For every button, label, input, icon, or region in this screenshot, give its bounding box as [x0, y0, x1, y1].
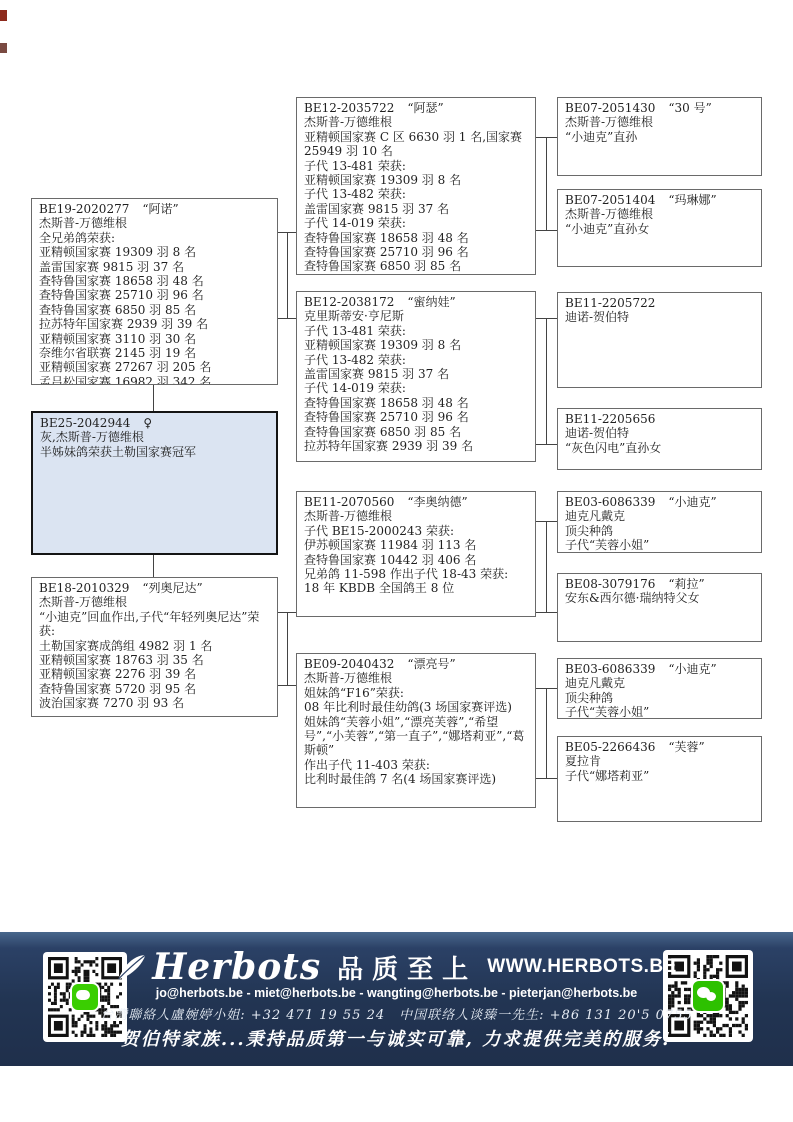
sex-symbol: ♀ [143, 416, 152, 430]
website-url: WWW.HERBOTS.BE [487, 956, 677, 978]
connector-line [153, 555, 154, 577]
box-details: 灰,杰斯普-万德维根 半姊妹鸽荣获土勒国家赛冠军 [40, 430, 269, 459]
ring-number: BE25-2042944♀ [40, 416, 269, 430]
pedigree-box-dd-sire: BE03-6086339“小迪克” 迪克凡戴克 顶尖种鸽 子代“芙蓉小姐” [557, 658, 762, 719]
ring-number: BE08-3079176“莉拉” [565, 577, 754, 591]
ring-number: BE07-2051430“30 号” [565, 101, 754, 115]
connector-line [287, 232, 288, 319]
box-details: 杰斯普-万德维根 “小迪克”回血作出,子代“年轻列奥尼达”荣获: 土勒国家赛成鸽… [39, 595, 270, 710]
pedigree-box-dam-dam: BE09-2040432“漂亮号” 杰斯普-万德维根 姐妹鸽“F16”荣获: 0… [296, 653, 536, 808]
contact-emails: jo@herbots.be - miet@herbots.be - wangti… [0, 986, 793, 1000]
pigeon-name: “李奥纳德” [407, 495, 467, 509]
pigeon-name: “漂亮号” [407, 657, 455, 671]
pedigree-box-sd-sire: BE11-2205722 迪诺-贺伯特 [557, 292, 762, 388]
ring-number: BE12-2038172“蜜纳娃” [304, 295, 528, 309]
herbots-logo: Herbots 品质至上 WWW.HERBOTS.BE [0, 946, 793, 988]
box-details: 杰斯普-万德维根 姐妹鸽“F16”荣获: 08 年比利时最佳幼鸽(3 场国家赛评… [304, 671, 528, 786]
pedigree-box-ss-sire: BE07-2051430“30 号” 杰斯普-万德维根 “小迪克”直孙 [557, 97, 762, 176]
contact-phones: 台灣聯絡人盧婉婷小姐: +32 471 19 55 24 中国联络人谈臻一先生:… [0, 1004, 793, 1023]
ring-number: BE18-2010329“列奥尼达” [39, 581, 270, 595]
pedigree-box-subject: BE25-2042944♀ 灰,杰斯普-万德维根 半姊妹鸽荣获土勒国家赛冠军 [31, 411, 278, 555]
box-details: 迪克凡戴克 顶尖种鸽 子代“芙蓉小姐” [565, 676, 754, 719]
box-details: 杰斯普-万德维根 全兄弟鸽荣获: 亚精顿国家赛 19309 羽 8 名 盖雷国家… [39, 216, 270, 385]
box-details: 杰斯普-万德维根 亚精顿国家赛 C 区 6630 羽 1 名,国家赛 25949… [304, 115, 528, 273]
connector-line [546, 137, 547, 231]
box-details: 夏拉肯 子代“娜塔莉亚” [565, 754, 754, 783]
ring-number: BE03-6086339“小迪克” [565, 662, 754, 676]
ring-number: BE12-2035722“阿瑟” [304, 101, 528, 115]
connector-line [287, 612, 288, 686]
pedigree-page: BE19-2020277“阿诺” 杰斯普-万德维根 全兄弟鸽荣获: 亚精顿国家赛… [0, 0, 793, 1122]
brand-tagline: 品质至上 [337, 949, 477, 986]
ring-number: BE03-6086339“小迪克” [565, 495, 754, 509]
pedigree-box-ds-sire: BE03-6086339“小迪克” 迪克凡戴克 顶尖种鸽 子代“芙蓉小姐” [557, 491, 762, 553]
pigeon-name: “阿诺” [142, 202, 178, 216]
pigeon-name: “小迪克” [668, 662, 716, 676]
pedigree-box-ss-dam: BE07-2051404“玛琳娜” 杰斯普-万德维根 “小迪克”直孙女 [557, 189, 762, 267]
ring-number: BE11-2205722 [565, 296, 754, 310]
box-details: 迪克凡戴克 顶尖种鸽 子代“芙蓉小姐” [565, 509, 754, 552]
connector-line [546, 521, 547, 613]
pedigree-box-sire: BE19-2020277“阿诺” 杰斯普-万德维根 全兄弟鸽荣获: 亚精顿国家赛… [31, 198, 278, 385]
pigeon-name: “芙蓉” [668, 740, 704, 754]
ring-number: BE11-2205656 [565, 412, 754, 426]
pedigree-box-sire-sire: BE12-2035722“阿瑟” 杰斯普-万德维根 亚精顿国家赛 C 区 663… [296, 97, 536, 275]
pedigree-box-sd-dam: BE11-2205656 迪诺-贺伯特 “灰色闪电”直孙女 [557, 408, 762, 470]
footer-slogan: 贺伯特家族...秉持品质第一与诚实可靠, 力求提供完美的服务! [0, 1025, 793, 1051]
ring-number: BE19-2020277“阿诺” [39, 202, 270, 216]
box-details: 安东&西尔德·瑞纳特父女 [565, 591, 754, 605]
box-details: 杰斯普-万德维根 “小迪克”直孙 [565, 115, 754, 144]
pigeon-name: “30 号” [668, 101, 711, 115]
box-details: 杰斯普-万德维根 “小迪克”直孙女 [565, 207, 754, 236]
box-details: 克里斯蒂安·亨尼斯 子代 13-481 荣获: 亚精顿国家赛 19309 羽 8… [304, 309, 528, 453]
pedigree-box-dd-dam: BE05-2266436“芙蓉” 夏拉肯 子代“娜塔莉亚” [557, 736, 762, 822]
pedigree-box-sire-dam: BE12-2038172“蜜纳娃” 克里斯蒂安·亨尼斯 子代 13-481 荣获… [296, 291, 536, 462]
feather-icon [115, 953, 150, 981]
pigeon-name: “小迪克” [668, 495, 716, 509]
pedigree-box-dam-sire: BE11-2070560“李奥纳德” 杰斯普-万德维根 子代 BE15-2000… [296, 491, 536, 617]
ring-number: BE07-2051404“玛琳娜” [565, 193, 754, 207]
connector-line [546, 318, 547, 445]
ring-number: BE09-2040432“漂亮号” [304, 657, 528, 671]
pigeon-name: “蜜纳娃” [407, 295, 455, 309]
box-details: 迪诺-贺伯特 [565, 310, 754, 324]
contact-taiwan: 台灣聯絡人盧婉婷小姐: +32 471 19 55 24 [100, 1008, 385, 1023]
connector-line [546, 688, 547, 779]
footer: Herbots 品质至上 WWW.HERBOTS.BE jo@herbots.b… [0, 932, 793, 1066]
pigeon-name: “阿瑟” [407, 101, 443, 115]
pigeon-name: “列奥尼达” [142, 581, 202, 595]
pigeon-name: “莉拉” [668, 577, 704, 591]
connector-line [153, 385, 154, 411]
box-details: 迪诺-贺伯特 “灰色闪电”直孙女 [565, 426, 754, 455]
ring-number: BE05-2266436“芙蓉” [565, 740, 754, 754]
pedigree-box-ds-dam: BE08-3079176“莉拉” 安东&西尔德·瑞纳特父女 [557, 573, 762, 642]
pedigree-box-dam: BE18-2010329“列奥尼达” 杰斯普-万德维根 “小迪克”回血作出,子代… [31, 577, 278, 717]
ring-number: BE11-2070560“李奥纳德” [304, 495, 528, 509]
box-details: 杰斯普-万德维根 子代 BE15-2000243 荣获: 伊苏顿国家赛 1198… [304, 509, 528, 595]
pigeon-name: “玛琳娜” [668, 193, 716, 207]
contact-china: 中国联络人谈臻一先生: +86 131 20'5 0755 [399, 1008, 693, 1023]
corner-mark-brown [0, 43, 7, 53]
brand-name: Herbots [152, 946, 321, 988]
corner-mark-red [0, 10, 7, 21]
